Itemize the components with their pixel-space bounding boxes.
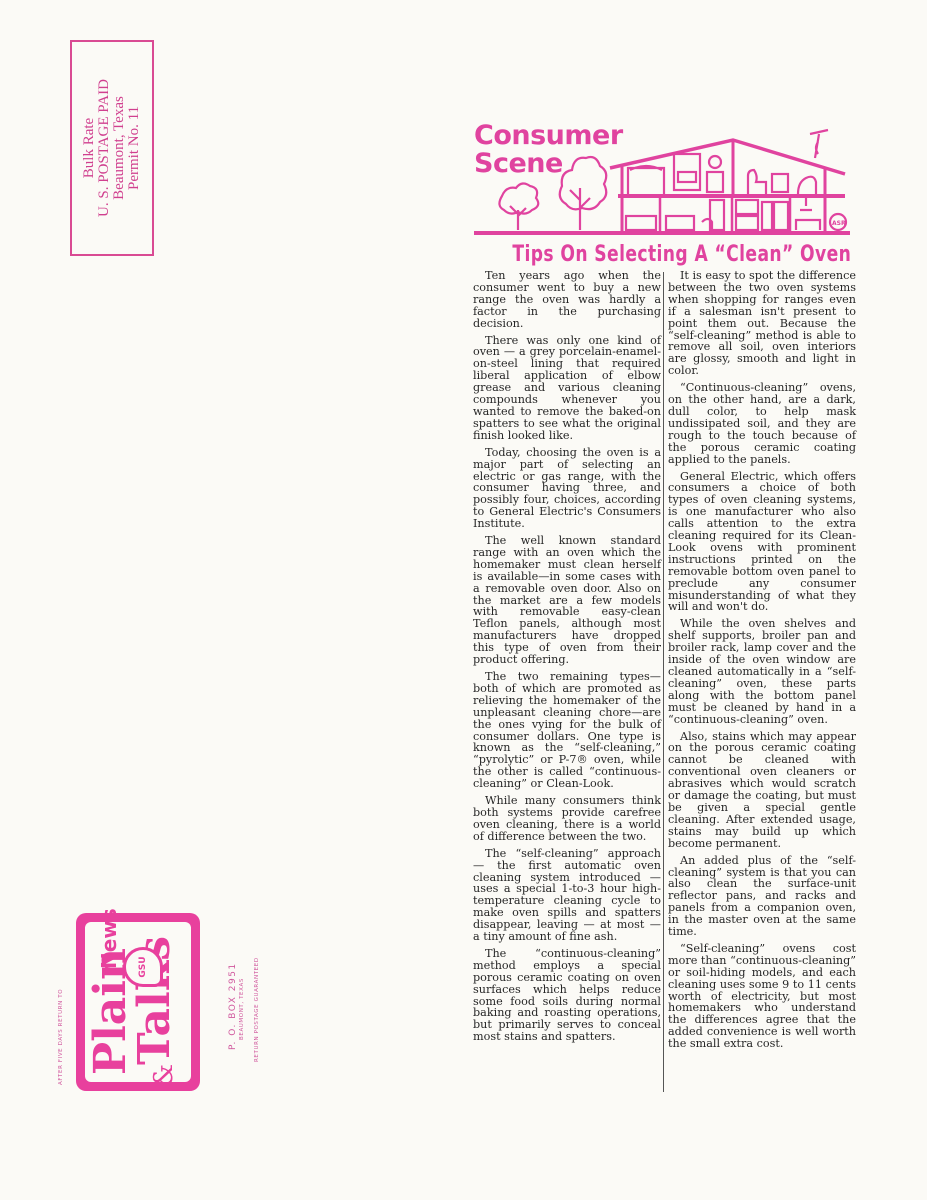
paragraph: While the oven shelves and shelf support… <box>668 618 856 725</box>
postage-line: U. S. POSTAGE PAID <box>97 43 112 253</box>
paragraph: An added plus of the “self-cleaning” sys… <box>668 855 856 938</box>
column-divider <box>663 272 664 1092</box>
city: BEAUMONT, TEXAS <box>239 978 245 1040</box>
plain-talks-logo: Plain Talks & GSU News <box>76 913 200 1091</box>
paragraph: The well known standard range with an ov… <box>473 535 661 666</box>
paragraph: Ten years ago when the consumer went to … <box>473 270 661 330</box>
paragraph: There was only one kind of oven — a grey… <box>473 335 661 442</box>
return-postage-guaranteed: RETURN POSTAGE GUARANTEED <box>254 957 260 1062</box>
article-headline: Tips On Selecting A “Clean” Oven <box>512 242 812 267</box>
paragraph: General Electric, which offers consumers… <box>668 471 856 614</box>
section-title-line2: Scene <box>474 150 623 178</box>
logo-ampersand: & <box>149 1064 179 1087</box>
paragraph: “Self-cleaning” ovens cost more than “co… <box>668 943 856 1050</box>
svg-text:ASR: ASR <box>832 220 846 227</box>
article-column-2: It is easy to spot the difference betwee… <box>668 270 856 1055</box>
logo-news: News <box>97 908 121 969</box>
paragraph: The two remaining types—both of which ar… <box>473 671 661 790</box>
paragraph: While many consumers think both systems … <box>473 795 661 843</box>
consumer-scene-header: ASR Consumer Scene <box>470 118 852 244</box>
paragraph: The “self-cleaning” approach — the first… <box>473 848 661 943</box>
article-column-1: Ten years ago when the consumer went to … <box>473 270 661 1048</box>
paragraph: Today, choosing the oven is a major part… <box>473 447 661 530</box>
paragraph: “Continuous-cleaning” ovens, on the othe… <box>668 382 856 465</box>
postage-line: Bulk Rate <box>82 43 97 253</box>
paragraph: The “continuous-cleaning” method employs… <box>473 948 661 1043</box>
section-title: Consumer Scene <box>474 122 623 178</box>
postage-indicia-box: Bulk Rate U. S. POSTAGE PAID Beaumont, T… <box>70 40 154 256</box>
section-title-line1: Consumer <box>474 122 623 150</box>
paragraph: Also, stains which may appear on the por… <box>668 731 856 850</box>
return-notice: AFTER FIVE DAYS RETURN TO <box>58 989 64 1085</box>
paragraph: It is easy to spot the difference betwee… <box>668 270 856 377</box>
gsu-badge-icon: GSU <box>123 947 163 987</box>
po-box: P. O. BOX 2951 <box>228 962 238 1050</box>
postage-line: Permit No. 11 <box>127 43 142 253</box>
postage-indicia-text: Bulk Rate U. S. POSTAGE PAID Beaumont, T… <box>82 43 142 253</box>
postage-line: Beaumont, Texas <box>112 43 127 253</box>
